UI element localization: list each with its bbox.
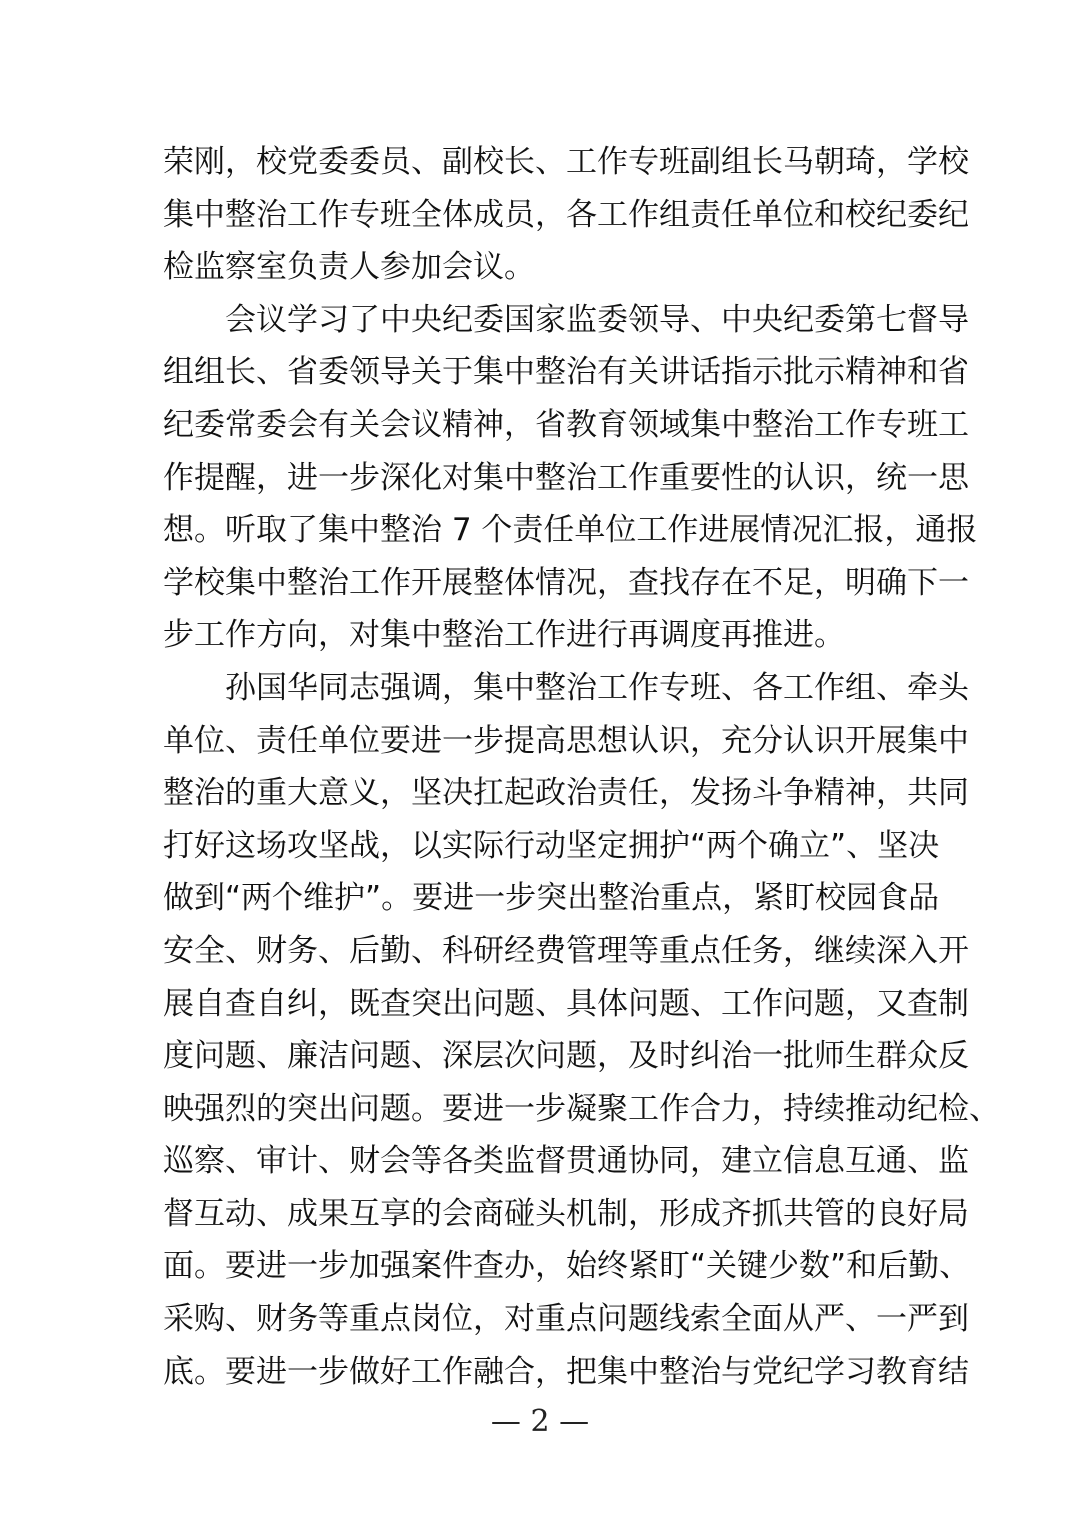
text-line: 单位、责任单位要进一步提高思想认识，充分认识开展集中 <box>163 715 917 768</box>
text-line: 想。听取了集中整治 7 个责任单位工作进展情况汇报，通报 <box>163 504 917 557</box>
text-line: 巡察、审计、财会等各类监督贯通协同，建立信息互通、监 <box>163 1135 917 1188</box>
text-line: 学校集中整治工作开展整体情况，查找存在不足，明确下一 <box>163 557 917 610</box>
text-line: 纪委常委会有关会议精神，省教育领域集中整治工作专班工 <box>163 399 917 452</box>
text-line: 做到“两个维护”。要进一步突出整治重点，紧盯校园食品 <box>163 872 917 925</box>
text-line: 展自查自纠，既查突出问题、具体问题、工作问题，又查制 <box>163 978 917 1031</box>
text-line: 度问题、廉洁问题、深层次问题，及时纠治一批师生群众反 <box>163 1030 917 1083</box>
text-line: 作提醒，进一步深化对集中整治工作重要性的认识，统一思 <box>163 452 917 505</box>
text-line: 检监察室负责人参加会议。 <box>163 241 917 294</box>
text-line: 会议学习了中央纪委国家监委领导、中央纪委第七督导 <box>163 294 917 347</box>
text-line: 整治的重大意义，坚决扛起政治责任，发扬斗争精神，共同 <box>163 767 917 820</box>
text-line: 映强烈的突出问题。要进一步凝聚工作合力，持续推动纪检、 <box>163 1083 917 1136</box>
text-line: 集中整治工作专班全体成员，各工作组责任单位和校纪委纪 <box>163 189 917 242</box>
text-line: 组组长、省委领导关于集中整治有关讲话指示批示精神和省 <box>163 346 917 399</box>
text-line: 打好这场攻坚战，以实际行动坚定拥护“两个确立”、坚决 <box>163 820 917 873</box>
text-line: 孙国华同志强调，集中整治工作专班、各工作组、牵头 <box>163 662 917 715</box>
text-line: 采购、财务等重点岗位，对重点问题线索全面从严、一严到 <box>163 1293 917 1346</box>
text-line: 督互动、成果互享的会商碰头机制，形成齐抓共管的良好局 <box>163 1188 917 1241</box>
text-line: 荣刚，校党委委员、副校长、工作专班副组长马朝琦，学校 <box>163 136 917 189</box>
page-number: — 2 — <box>0 1404 1080 1439</box>
text-line: 步工作方向，对集中整治工作进行再调度再推进。 <box>163 609 917 662</box>
text-line: 安全、财务、后勤、科研经费管理等重点任务，继续深入开 <box>163 925 917 978</box>
text-line: 底。要进一步做好工作融合，把集中整治与党纪学习教育结 <box>163 1346 917 1399</box>
document-page: 荣刚，校党委委员、副校长、工作专班副组长马朝琦，学校 集中整治工作专班全体成员，… <box>0 0 1080 1527</box>
text-line: 面。要进一步加强案件查办，始终紧盯“关键少数”和后勤、 <box>163 1240 917 1293</box>
body-text: 荣刚，校党委委员、副校长、工作专班副组长马朝琦，学校 集中整治工作专班全体成员，… <box>163 136 917 1398</box>
